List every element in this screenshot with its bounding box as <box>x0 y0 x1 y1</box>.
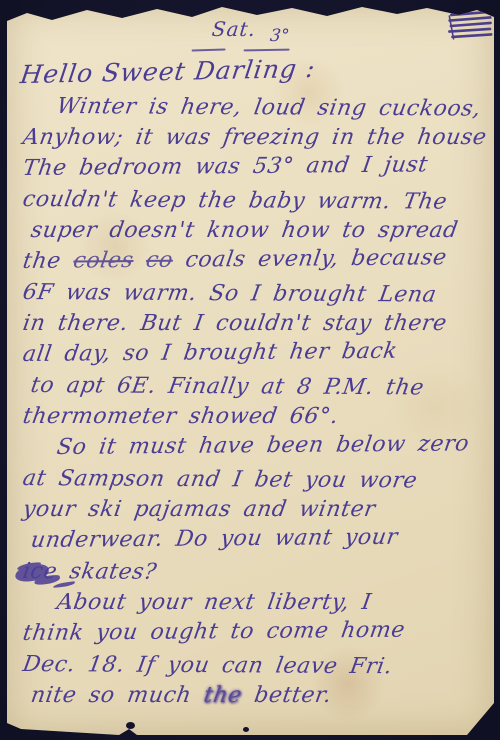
letter-text: better. <box>240 683 334 708</box>
struck-word: co <box>144 248 175 273</box>
letter-dateline: Sat.3° <box>7 17 494 41</box>
letter-text: The bedroom was 53° and I just <box>21 152 430 181</box>
dateline-underline <box>191 49 301 51</box>
letter-line: super doesn't know how to spread <box>29 215 488 246</box>
ink-speck <box>67 605 71 609</box>
letter-line: all day, so I brought her back <box>21 335 488 370</box>
letter-text: think you ought to come home <box>21 618 407 646</box>
letter-line: thermometer showed 66°. <box>21 401 488 432</box>
letter-line: couldn't keep the baby warm. The <box>20 184 487 218</box>
letter-body: Winter is here, loud sing cuckoos, or so… <box>23 91 485 711</box>
letter-text: Anyhow; it was freezing in the house tod… <box>21 125 500 150</box>
letter-text: in there. But I couldn't stay there <box>21 311 449 336</box>
dateline-temperature: 3° <box>269 26 290 46</box>
letter-text: About your next liberty, I <box>55 590 373 615</box>
letter-text: couldn't keep the baby warm. The <box>21 187 449 215</box>
edge-tear-speck <box>243 727 249 732</box>
letter-text: thermometer showed 66°. <box>21 404 340 429</box>
letter-line: Dec. 18. If you can leave Fri. <box>20 649 487 683</box>
letter-text: the <box>21 249 75 274</box>
letter-line: underwear. Do you want your <box>29 521 488 556</box>
letter-text: all day, so I brought her back <box>21 339 399 367</box>
letter-text: to apt 6E. Finally at 8 P.M. the <box>29 373 426 400</box>
letter-line: ice skates? <box>20 556 487 590</box>
letter-line: in there. But I couldn't stay there <box>21 308 488 339</box>
letter-line: The bedroom was 53° and I just <box>21 149 488 184</box>
edge-tear-speck <box>126 722 135 729</box>
letter-text: your ski pajamas and winter <box>21 497 377 522</box>
letter-line: to apt 6E. Finally at 8 P.M. the <box>28 370 487 404</box>
letter-text: super doesn't know how to spread <box>29 218 460 243</box>
letter-line: think you ought to come home <box>21 614 488 649</box>
letter-line: the coles co coals evenly, because <box>21 242 488 277</box>
dateline-day: Sat. <box>211 17 258 41</box>
letter-line: your ski pajamas and winter <box>21 494 488 525</box>
letter-text: So it must have been below zero <box>55 431 471 460</box>
letter-line: at Sampson and I bet you wore <box>20 463 487 497</box>
letter-text: Winter is here, loud sing cuckoos, or so… <box>55 94 500 123</box>
letter-line: So it must have been below zero <box>55 428 488 463</box>
letter-line: 6F was warm. So I brought Lena <box>20 277 487 311</box>
letter-line: nite so much the better. <box>29 680 488 711</box>
letter-text: nite so much <box>29 683 206 708</box>
smudged-word: the <box>202 683 244 708</box>
letter-paper: Sat.3° Hello Sweet Darling : Winter is h… <box>7 5 494 735</box>
letter-line: About your next liberty, I <box>55 587 488 618</box>
hatch-scribble-mark <box>447 10 493 46</box>
letter-text: underwear. Do you want your <box>29 525 399 553</box>
struck-word: coles <box>72 248 136 274</box>
letter-text: 6F was warm. So I brought Lena <box>21 280 439 308</box>
letter-text: at Sampson and I bet you wore <box>21 466 419 493</box>
letter-line: Winter is here, loud sing cuckoos, or so… <box>54 91 487 125</box>
letter-salutation: Hello Sweet Darling : <box>19 54 318 89</box>
letter-text: Dec. 18. If you can leave Fri. <box>21 652 394 679</box>
letter-text: coals evenly, because <box>171 245 448 272</box>
letter-line: Anyhow; it was freezing in the house tod… <box>21 122 488 153</box>
